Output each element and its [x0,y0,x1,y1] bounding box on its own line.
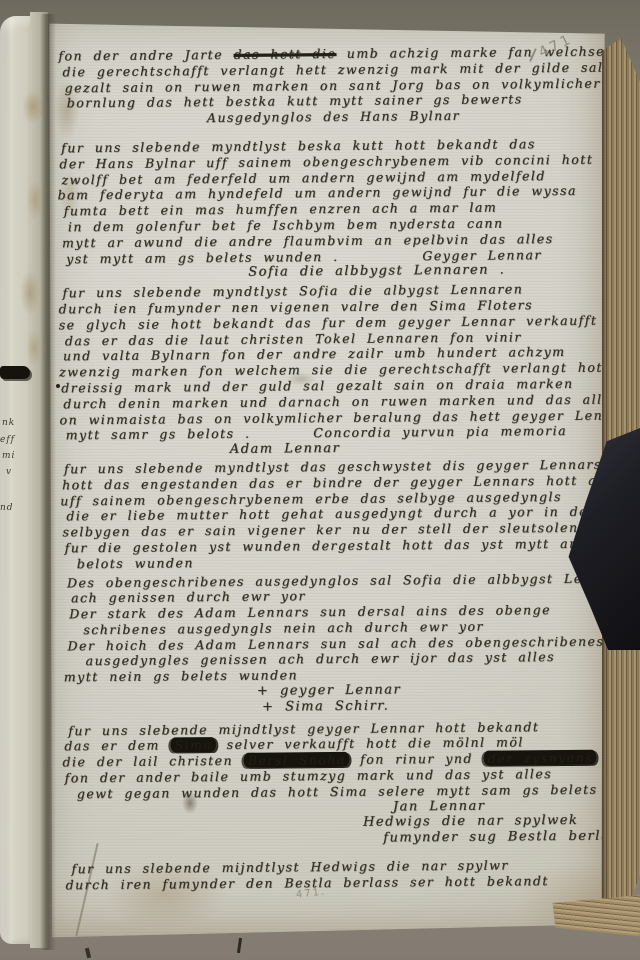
line-text: fon der andre Jarte [58,47,233,64]
signature-line: + Sima Schirr. [262,696,606,715]
paragraph-4: fur uns slebende myndtlyst das geschwyst… [60,457,605,572]
paragraph-3: fur uns slebende myndtlyst Sofia die alb… [58,281,603,460]
margin-text-fragment: mi [2,451,15,461]
manuscript-page: fon der andre Jarte das hett die umb ach… [46,20,608,940]
backdrop-ink-mark [85,948,91,959]
section-heading-line: Ausgedynglos des Hans Bylnar [207,107,601,126]
signature-line: Sofia die albbygst Lennaren . [248,262,602,281]
margin-text-fragment: v [6,467,12,477]
paragraph-2: fur uns slebende myndtlyst beska kutt ho… [57,136,602,283]
signature-line: fumynder sug Bestla berlass . [383,829,607,847]
paragraph-5: Des obengeschribenes ausgedynglos sal So… [61,570,606,717]
line-text: selver verkaufft hott die mölnl möl [216,735,524,753]
margin-text-fragment: nd [0,503,14,513]
blotted-word: Sima [170,737,216,752]
line-text: das er dem [64,738,170,754]
manuscript-photo: nk eff mi v nd fon der andre Jarte das h… [0,0,640,960]
struck-text: das hett die [233,46,336,62]
margin-text-fragment: eff [0,435,15,445]
signature-line: Adam Lennar [230,439,604,458]
paragraph-6: fur uns slebende mijndtlyst geyger Lenna… [62,718,607,849]
manuscript-text-block: fon der andre Jarte das hett die umb ach… [56,44,607,906]
backdrop-ink-mark [237,938,242,953]
paragraph-1: fon der andre Jarte das hett die umb ach… [56,44,601,128]
line-text: die der lail christen [62,753,243,770]
line-text: umb achzig marke fan welchseve [336,43,622,60]
ink-blot [0,366,30,379]
blotted-word: der zysnyans [483,750,597,766]
paragraph-7: fur uns slebende mijndtlyst Hedwigs die … [63,857,607,893]
margin-text-fragment: nk [2,418,15,428]
gutter-shadow [40,14,56,950]
line-text: fon rinur ynd [350,751,484,767]
blotted-word: Bersl Snoha [243,752,349,768]
